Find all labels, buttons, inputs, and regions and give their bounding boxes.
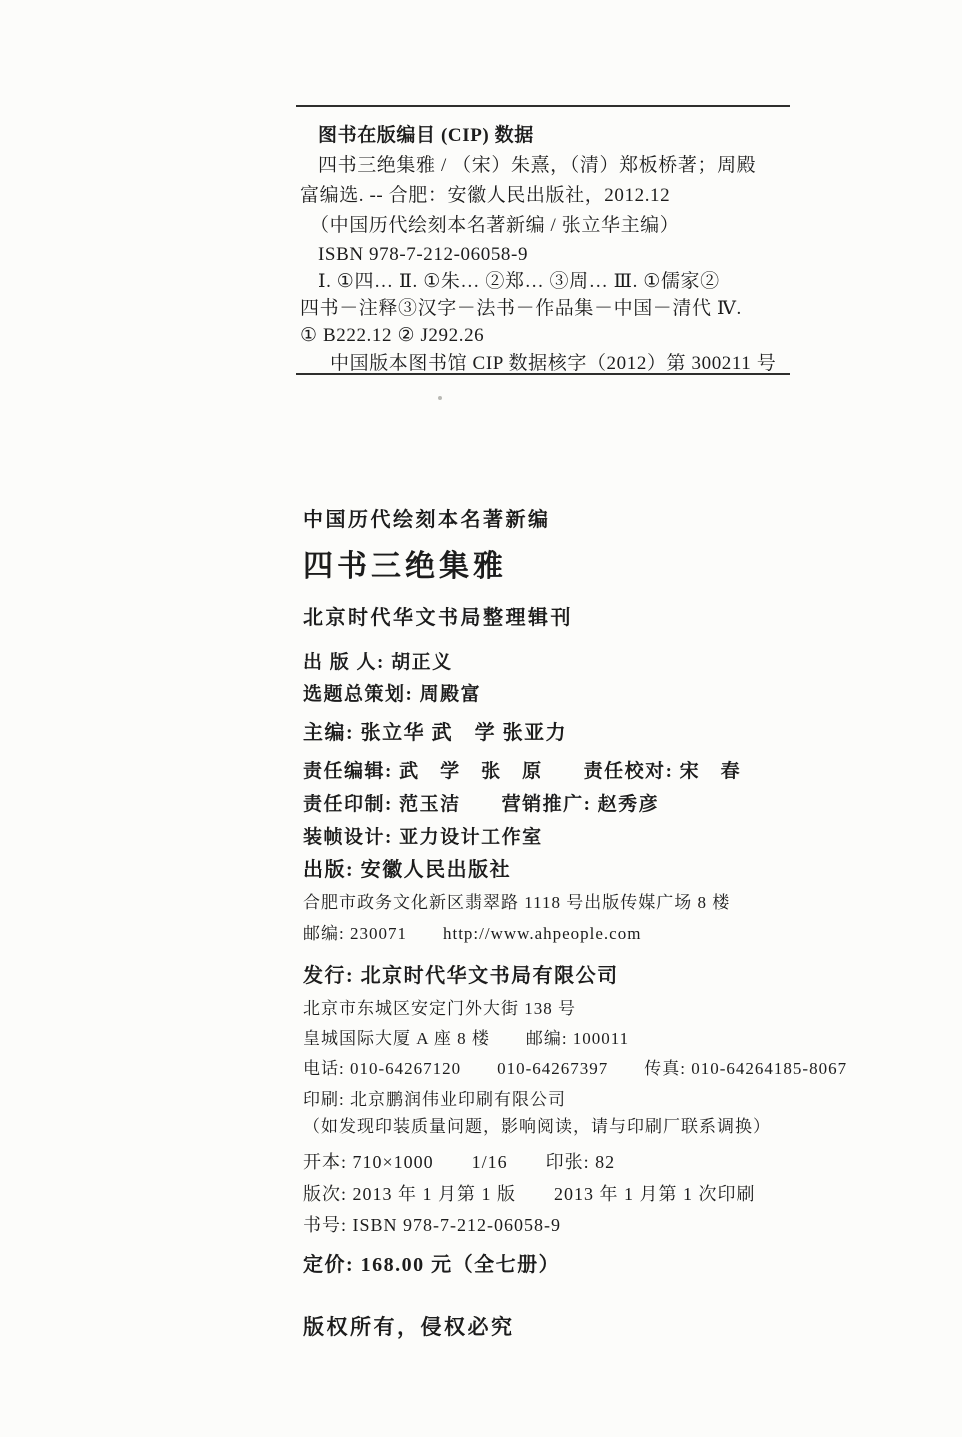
responsible-editors-line: 责任编辑: 武 学 张 原 责任校对: 宋 春 bbox=[303, 760, 843, 784]
print-supervision-line: 责任印制: 范玉洁 营销推广: 赵秀彦 bbox=[303, 793, 843, 817]
colophon-block: 中国历代绘刻本名著新编 四书三绝集雅 北京时代华文书局整理辑刊 出 版 人: 胡… bbox=[303, 508, 843, 1340]
copyright-notice: 版权所有，侵权必究 bbox=[303, 1314, 843, 1340]
phone-fax-line: 电话: 010-64267120 010-64267397 传真: 010-64… bbox=[303, 1058, 843, 1079]
book-copyright-page: 图书在版编目 (CIP) 数据 四书三绝集雅 / （宋）朱熹，（清）郑板桥著；周… bbox=[0, 0, 962, 1437]
printer-line: 印刷: 北京鹏润伟业印刷有限公司 bbox=[303, 1089, 843, 1110]
cip-entry-line2: 富编选. -- 合肥：安徽人民出版社，2012.12 bbox=[296, 181, 790, 211]
series-title: 中国历代绘刻本名著新编 bbox=[303, 508, 843, 533]
cip-heading: 图书在版编目 (CIP) 数据 bbox=[296, 121, 790, 151]
press-address-line: 合肥市政务文化新区翡翠路 1118 号出版传媒广场 8 楼 bbox=[303, 892, 843, 913]
publisher-person-line: 出 版 人: 胡正义 bbox=[303, 651, 843, 675]
cip-classification-line2: 四书－注释③汉字－法书－作品集－中国－清代 Ⅳ. bbox=[296, 295, 790, 322]
cip-isbn: ISBN 978-7-212-06058-9 bbox=[296, 241, 790, 268]
press-line: 出版: 安徽人民出版社 bbox=[303, 858, 843, 883]
compiler-line: 北京时代华文书局整理辑刊 bbox=[303, 606, 843, 631]
distributor-address2-line: 皇城国际大厦 A 座 8 楼 邮编: 100011 bbox=[303, 1028, 843, 1049]
cip-entry-line1: 四书三绝集雅 / （宋）朱熹，（清）郑板桥著；周殿 bbox=[296, 151, 790, 181]
chief-planner-line: 选题总策划: 周殿富 bbox=[303, 683, 843, 707]
printer-note-line: （如发现印装质量问题，影响阅读，请与印刷厂联系调换） bbox=[303, 1116, 843, 1137]
chief-editors-line: 主编: 张立华 武 学 张亚力 bbox=[303, 721, 843, 746]
format-line: 开本: 710×1000 1/16 印张: 82 bbox=[303, 1151, 843, 1174]
binding-design-line: 装帧设计: 亚力设计工作室 bbox=[303, 826, 843, 850]
cip-classification-line3: ① B222.12 ② J292.26 bbox=[296, 322, 790, 349]
cip-series-note: （中国历代绘刻本名著新编 / 张立华主编） bbox=[296, 211, 790, 241]
distributor-address1-line: 北京市东城区安定门外大街 138 号 bbox=[303, 998, 843, 1019]
cip-record-number: 中国版本图书馆 CIP 数据核字（2012）第 300211 号 bbox=[296, 349, 790, 378]
book-number-line: 书号: ISBN 978-7-212-06058-9 bbox=[303, 1214, 843, 1237]
press-postcode-web-line: 邮编: 230071 http://www.ahpeople.com bbox=[303, 923, 843, 944]
cip-classification-line1: Ⅰ. ①四… Ⅱ. ①朱… ②郑… ③周… Ⅲ. ①儒家② bbox=[296, 268, 790, 295]
book-title: 四书三绝集雅 bbox=[303, 548, 843, 586]
price-line: 定价: 168.00 元（全七册） bbox=[303, 1253, 843, 1278]
scan-artifact-dot bbox=[438, 396, 442, 400]
distributor-line: 发行: 北京时代华文书局有限公司 bbox=[303, 964, 843, 989]
cip-data-block: 图书在版编目 (CIP) 数据 四书三绝集雅 / （宋）朱熹，（清）郑板桥著；周… bbox=[296, 105, 790, 375]
edition-line: 版次: 2013 年 1 月第 1 版 2013 年 1 月第 1 次印刷 bbox=[303, 1183, 843, 1206]
